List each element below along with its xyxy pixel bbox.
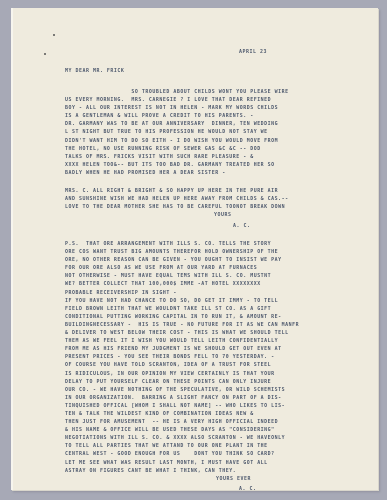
text-line: Love to the Dear Mother she has to be ca… bbox=[65, 203, 289, 211]
text-line: Let me see what was result last month, I… bbox=[65, 459, 299, 467]
text-line: Field Brown Leith that we wouldnt take I… bbox=[65, 305, 299, 313]
text-line: is ridiculous, in our opinion my view ce… bbox=[65, 370, 299, 378]
text-line: our Co. - We have nothing of the specula… bbox=[65, 386, 299, 394]
text-line: didn't want him to do so eith - I do wis… bbox=[65, 137, 289, 145]
paragraph-2: Mrs. C. all right & bright & so happy up… bbox=[65, 187, 289, 211]
text-line: buildingnecessary - his is true - no fut… bbox=[65, 321, 299, 329]
text-line: for our ore also as we use from at our y… bbox=[65, 264, 299, 272]
text-line: them as we feel it I wish you would tell… bbox=[65, 337, 299, 345]
salutation: My Dear Mr. Frick bbox=[65, 67, 124, 75]
text-line: boy - all our interest is not in Helen -… bbox=[65, 104, 289, 112]
ink-mark bbox=[44, 53, 46, 55]
paper-edge bbox=[11, 8, 13, 490]
text-line: & his name & office will be used these d… bbox=[65, 426, 299, 434]
text-line: we? Better collect that 100,000$ imme -a… bbox=[65, 280, 299, 288]
closing-yours-ever: Yours Ever bbox=[216, 475, 251, 483]
letter-page: April 23 My Dear Mr. Frick So troubled a… bbox=[11, 8, 378, 490]
text-line: probable receivership in sight - bbox=[65, 289, 299, 297]
text-line: conditional putting working capital in t… bbox=[65, 313, 299, 321]
text-line: is a gentleman & will prove a credit to … bbox=[65, 112, 289, 120]
text-line: & deliver to West below their cost - thi… bbox=[65, 329, 299, 337]
text-line: to tell all parties that we attand to ou… bbox=[65, 442, 299, 450]
text-line: not otherwise - must have equal tems wit… bbox=[65, 272, 299, 280]
text-line: Dr. Garmany was to be at our anniversary… bbox=[65, 120, 289, 128]
text-line: ore, no other reason can be given - You … bbox=[65, 256, 299, 264]
text-line: tinquished offical [whom I shall not nam… bbox=[65, 402, 299, 410]
signature-initials: A. C. bbox=[233, 222, 250, 230]
text-line: If you have not had chance to do so, do … bbox=[65, 297, 299, 305]
text-line: us every morning. Mrs. Carnegie ? I love… bbox=[65, 96, 289, 104]
closing-yours: Yours bbox=[214, 211, 231, 219]
paragraph-1: So troubled about Childs wont you please… bbox=[65, 88, 289, 177]
text-line: and sunshine wish we had Helen up here a… bbox=[65, 195, 289, 203]
text-line: then just for amusement -- He is a very … bbox=[65, 418, 299, 426]
text-line: Mrs. C. all right & bright & so happy up… bbox=[65, 187, 289, 195]
letter-date: April 23 bbox=[239, 48, 267, 56]
text-line: from me as his friend my judgment is we … bbox=[65, 345, 299, 353]
text-line: talks of Mrs. Fricks visit with such rar… bbox=[65, 153, 289, 161]
text-line: the Hotel, no use running risk of Sewer … bbox=[65, 145, 289, 153]
text-line: delay to put yourself clear on these poi… bbox=[65, 378, 299, 386]
text-line: So troubled about Childs wont you please… bbox=[65, 88, 289, 96]
text-line: Of course you have told Scranton, idea o… bbox=[65, 361, 299, 369]
text-line: xxxx Helen too&-- but its too bad Dr. Ga… bbox=[65, 161, 289, 169]
ink-mark bbox=[53, 34, 55, 36]
signature-initials-final: A. C. bbox=[239, 485, 256, 493]
postscript: P.S. That ore arrangement with Ills S. C… bbox=[65, 240, 299, 475]
text-line: present prices - you see their bonds fel… bbox=[65, 353, 299, 361]
text-line: P.S. That ore arrangement with Ills S. C… bbox=[65, 240, 299, 248]
text-line: negotiations with Ill S. Co. & xxxx also… bbox=[65, 434, 299, 442]
text-line: astray on figures cant be what I think, … bbox=[65, 467, 299, 475]
text-line: ten & talk the wildest kind of combinati… bbox=[65, 410, 299, 418]
text-line: l st night but true to his profession he… bbox=[65, 128, 289, 136]
text-line: Central West - good enough for us Dont y… bbox=[65, 450, 299, 458]
text-line: ore Cos want trust big amounts therefor … bbox=[65, 248, 299, 256]
text-line: in our organization. Barring a slight fa… bbox=[65, 394, 299, 402]
text-line: badly when he had promised her a dear si… bbox=[65, 169, 289, 177]
